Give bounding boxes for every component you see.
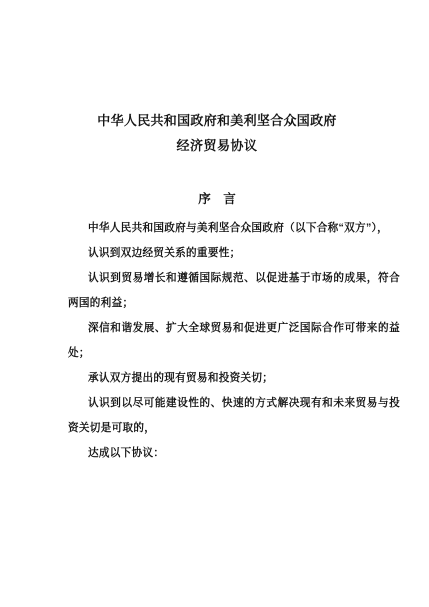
document-title-line2: 经济贸易协议 (68, 138, 366, 154)
preamble-paragraph-concerns: 承认双方提出的现有贸易和投资关切； (68, 366, 400, 391)
preamble-paragraph-resolution: 认识到以尽可能建设性的、快速的方式解决现有和未来贸易与投资关切是可取的， (68, 391, 400, 441)
preamble-paragraph-benefits: 深信和谐发展、扩大全球贸易和促进更广泛国际合作可带来的益处； (68, 316, 400, 366)
document-content: 中华人民共和国政府和美利坚合众国政府 经济贸易协议 序 言 中华人民共和国政府与… (68, 0, 400, 466)
preface-heading: 序 言 (68, 192, 366, 206)
preamble-paragraph-trade-growth: 认识到贸易增长和遵循国际规范、以促进基于市场的成果，符合两国的利益； (68, 266, 400, 316)
preamble-paragraph-importance: 认识到双边经贸关系的重要性； (68, 241, 400, 266)
preamble-section: 中华人民共和国政府与美利坚合众国政府（以下合称“双方”）， 认识到双边经贸关系的… (68, 216, 400, 466)
preamble-paragraph-parties: 中华人民共和国政府与美利坚合众国政府（以下合称“双方”）， (68, 216, 400, 241)
document-title-line1: 中华人民共和国政府和美利坚合众国政府 (68, 0, 400, 129)
preamble-paragraph-agreement: 达成以下协议： (68, 441, 400, 466)
document-page: 中华人民共和国政府和美利坚合众国政府 经济贸易协议 序 言 中华人民共和国政府与… (0, 0, 429, 607)
